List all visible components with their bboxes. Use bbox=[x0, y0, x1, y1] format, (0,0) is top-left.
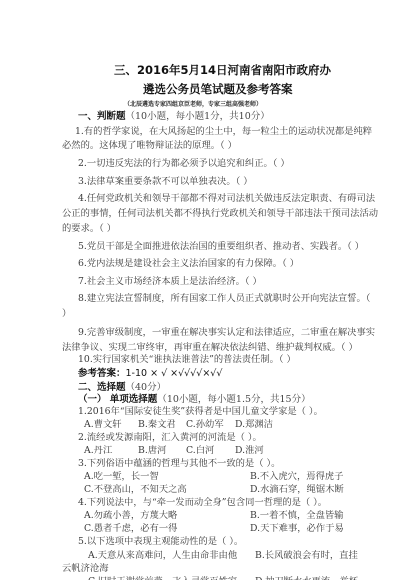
q5: 5.党员干部是全面推进依法治国的重要组织者、推动者、实践者。（ ） bbox=[78, 238, 364, 252]
mc3-stem: 3.下列俗语中蕴涵的哲理与其他不一致的是（ ）。 bbox=[78, 455, 280, 469]
mc3-option-b: B.不入虎穴，焉得虎子 bbox=[250, 468, 343, 482]
mc2-option-c: C.白河 bbox=[186, 442, 214, 456]
mc2-option-a: A.丹江 bbox=[84, 442, 112, 456]
answer-value: 1-10 × √ ×√√√√×√√ bbox=[126, 368, 223, 379]
q7: 7.社会主义市场经济本质上是法治经济。（ ） bbox=[78, 273, 262, 287]
section1-title: 一、判断题 bbox=[78, 111, 126, 122]
doc-title-line1: 三、2016年5月14日河南省南阳市政府办 bbox=[114, 62, 331, 78]
q1-line2: 必然的。这体现了唯物辩证法的原理。（ ） bbox=[62, 137, 237, 151]
q2: 2.一切违反宪法的行为都必须予以追究和纠正。（ ） bbox=[78, 155, 290, 169]
mc4-option-d: D.天下难事，必作于易 bbox=[250, 520, 344, 534]
mc1-option-c: C.孙幼军 bbox=[186, 416, 224, 430]
q8-line2: ） bbox=[62, 305, 71, 319]
mc5-option-d: D.抽刀断水水更流，举杯 bbox=[255, 573, 358, 580]
answer-key: 参考答案：1-10 × √ ×√√√√×√√ bbox=[78, 365, 222, 379]
mc2-stem: 2.流经或发源南阳，汇入黄河的河流是（ ）。 bbox=[78, 429, 262, 443]
q4-line3: 的要求。（ ） bbox=[62, 220, 116, 234]
mc5-option-b-cont: 云帆济沧海 bbox=[62, 560, 109, 574]
q6: 6.党内法规是建设社会主义法治国家的有力保障。（ ） bbox=[78, 255, 299, 269]
mc2-option-d: D.淮河 bbox=[235, 442, 264, 456]
q8-line1: 8.建立宪法宣誓制度，所有国家工作人员正式就职时公开向宪法宣誓。（ bbox=[78, 290, 370, 304]
mc3-option-d: D.水滴石穿，绳锯木断 bbox=[250, 481, 344, 495]
mc4-option-b: B.一着不慎，全盘皆输 bbox=[250, 507, 343, 521]
mc4-option-c: C.愚者千虑，必有一得 bbox=[84, 520, 177, 534]
mc3-option-c: C.不登高山，不知天之高 bbox=[84, 481, 187, 495]
q3: 3.法律草案重要条款不可以单独表决。（ ） bbox=[78, 173, 253, 187]
mc4-option-a: A.勿疏小善，方蔑大略 bbox=[84, 507, 177, 521]
section1-heading: 一、判断题（10小题，每小题1分，共10分） bbox=[78, 108, 270, 122]
q4-line1: 4.任何党政机关和领导干部都不得对司法机关做违反法定职责、有碍司法 bbox=[78, 190, 375, 204]
answer-label: 参考答案： bbox=[78, 368, 126, 379]
mc5-option-b: B.长风破浪会有时，直挂 bbox=[255, 547, 358, 561]
q9-line1: 9.完善审级制度，一审重在解决事实认定和法律适应，二审重在解决事实 bbox=[78, 324, 375, 338]
mc5-option-c: C.旧时王谢堂前燕，飞入寻常百姓家 bbox=[88, 573, 237, 580]
q10: 10.实行国家机关“谁执法谁普法”的普法责任制。（ ） bbox=[78, 351, 296, 365]
mc3-option-a: A.吃一堑，长一智 bbox=[84, 468, 159, 482]
mc1-option-d: D.郑渊洁 bbox=[235, 416, 273, 430]
q1-line1: 1.有的哲学家说，在大风扬起的尘土中，每一粒尘土的运动状况都是纯粹 bbox=[75, 123, 372, 137]
mc1-option-b: B.秦文君 bbox=[138, 416, 176, 430]
section1-note: （10小题，每小题1分，共10分） bbox=[126, 111, 270, 122]
mc5-option-a: A.天意从来高难问，人生由命非由他 bbox=[88, 547, 237, 561]
mc2-option-b: B.唐河 bbox=[138, 442, 166, 456]
doc-subtitle: （北辰遴选专家四组京臣老师，专家三组高强老师） bbox=[124, 99, 262, 108]
q4-line2: 公正的事情，任何司法机关都不得执行党政机关和领导干部违法干预司法活动 bbox=[62, 205, 378, 219]
mc4-stem: 4.下列说法中，与“牵一发而动全身”包含同一哲理的是（ ）。 bbox=[78, 494, 327, 508]
mc1-option-a: A.曹文轩 bbox=[84, 416, 122, 430]
doc-title-line2: 遴选公务员笔试题及参考答案 bbox=[143, 81, 293, 97]
mc1-stem: 1.2016年“国际安徒生奖”获得者是中国儿童文学家是（ ）。 bbox=[78, 403, 323, 417]
mc5-stem: 5.以下选项中表现主观能动性的是（ ）。 bbox=[78, 533, 243, 547]
